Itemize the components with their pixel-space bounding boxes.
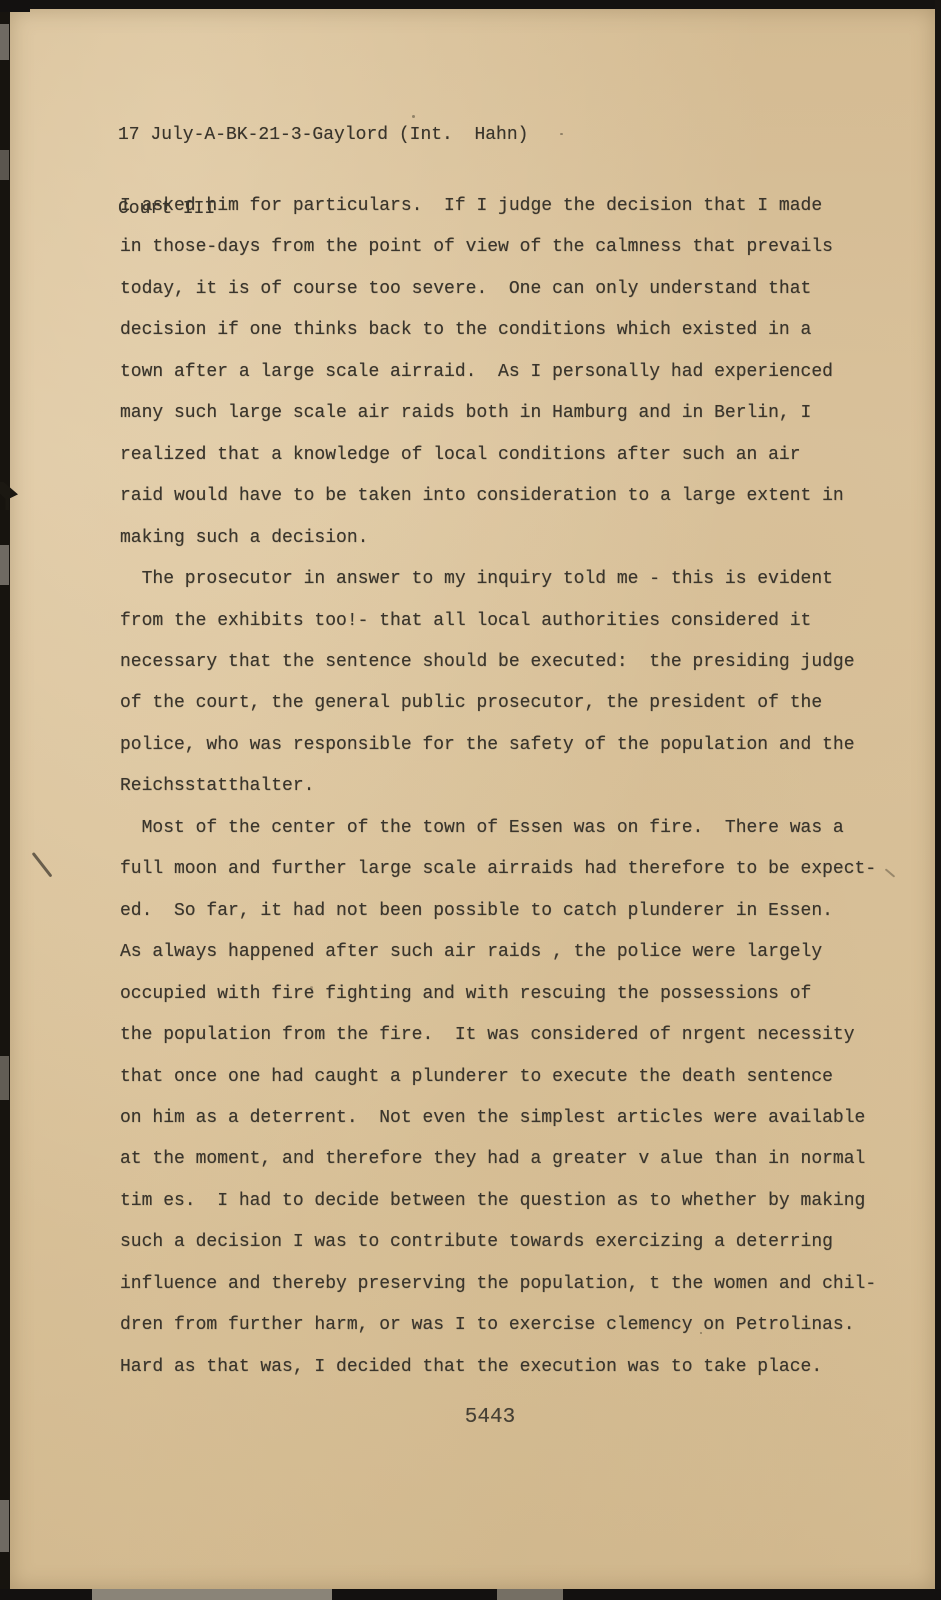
text-line: police, who was responsible for the safe… bbox=[120, 725, 880, 766]
header-line-case: 17 July-A-BK-21-3-Gaylord (Int. Hahn) bbox=[118, 123, 528, 148]
film-edge-patch bbox=[497, 1589, 563, 1600]
text-line: of the court, the general public prosecu… bbox=[120, 683, 880, 724]
film-edge-patch bbox=[0, 545, 9, 585]
film-edge-patch bbox=[92, 1589, 332, 1600]
transcript-body: I asked him for particulars. If I judge … bbox=[120, 186, 880, 1388]
text-line: realized that a knowledge of local condi… bbox=[120, 435, 880, 476]
text-line: tim es. I had to decide between the ques… bbox=[120, 1181, 880, 1222]
text-line: occupied with fire fighting and with res… bbox=[120, 974, 880, 1015]
scanned-document-page: 17 July-A-BK-21-3-Gaylord (Int. Hahn) Co… bbox=[0, 0, 941, 1600]
text-line: ed. So far, it had not been possible to … bbox=[120, 891, 880, 932]
text-line: town after a large scale airraid. As I p… bbox=[120, 352, 880, 393]
paragraph: Most of the center of the town of Essen … bbox=[120, 808, 880, 1388]
text-line: raid would have to be taken into conside… bbox=[120, 476, 880, 517]
text-line: The prosecutor in answer to my inquiry t… bbox=[120, 559, 880, 600]
text-line: influence and thereby preserving the pop… bbox=[120, 1264, 880, 1305]
text-line: on him as a deterrent. Not even the simp… bbox=[120, 1098, 880, 1139]
text-line: dren from further harm, or was I to exer… bbox=[120, 1305, 880, 1346]
scan-border-top bbox=[0, 0, 941, 9]
text-line: that once one had caught a plunderer to … bbox=[120, 1057, 880, 1098]
text-line: at the moment, and therefore they had a … bbox=[120, 1139, 880, 1180]
scan-border-corner bbox=[0, 0, 30, 12]
film-edge-patch bbox=[0, 1056, 9, 1100]
paper-speck bbox=[560, 133, 563, 135]
text-line: today, it is of course too severe. One c… bbox=[120, 269, 880, 310]
paragraph: The prosecutor in answer to my inquiry t… bbox=[120, 559, 880, 808]
scan-border-right bbox=[935, 0, 941, 1600]
text-line: I asked him for particulars. If I judge … bbox=[120, 186, 880, 227]
film-edge-patch bbox=[0, 24, 9, 60]
text-line: necessary that the sentence should be ex… bbox=[120, 642, 880, 683]
film-edge-patch bbox=[0, 150, 9, 180]
film-edge-patch bbox=[0, 1500, 9, 1552]
text-line: such a decision I was to contribute towa… bbox=[120, 1222, 880, 1263]
text-line: from the exhibits too!- that all local a… bbox=[120, 601, 880, 642]
text-line: decision if one thinks back to the condi… bbox=[120, 310, 880, 351]
page-number: 5443 bbox=[430, 1406, 550, 1429]
text-line: Hard as that was, I decided that the exe… bbox=[120, 1347, 880, 1388]
text-line: full moon and further large scale airrai… bbox=[120, 849, 880, 890]
text-line: in those-days from the point of view of … bbox=[120, 227, 880, 268]
text-line: Most of the center of the town of Essen … bbox=[120, 808, 880, 849]
text-line: As always happened after such air raids … bbox=[120, 932, 880, 973]
text-line: Reichsstatthalter. bbox=[120, 766, 880, 807]
paragraph: I asked him for particulars. If I judge … bbox=[120, 186, 880, 559]
text-line: many such large scale air raids both in … bbox=[120, 393, 880, 434]
text-line: making such a decision. bbox=[120, 518, 880, 559]
text-line: the population from the fire. It was con… bbox=[120, 1015, 880, 1056]
scan-border-left bbox=[0, 0, 10, 1600]
